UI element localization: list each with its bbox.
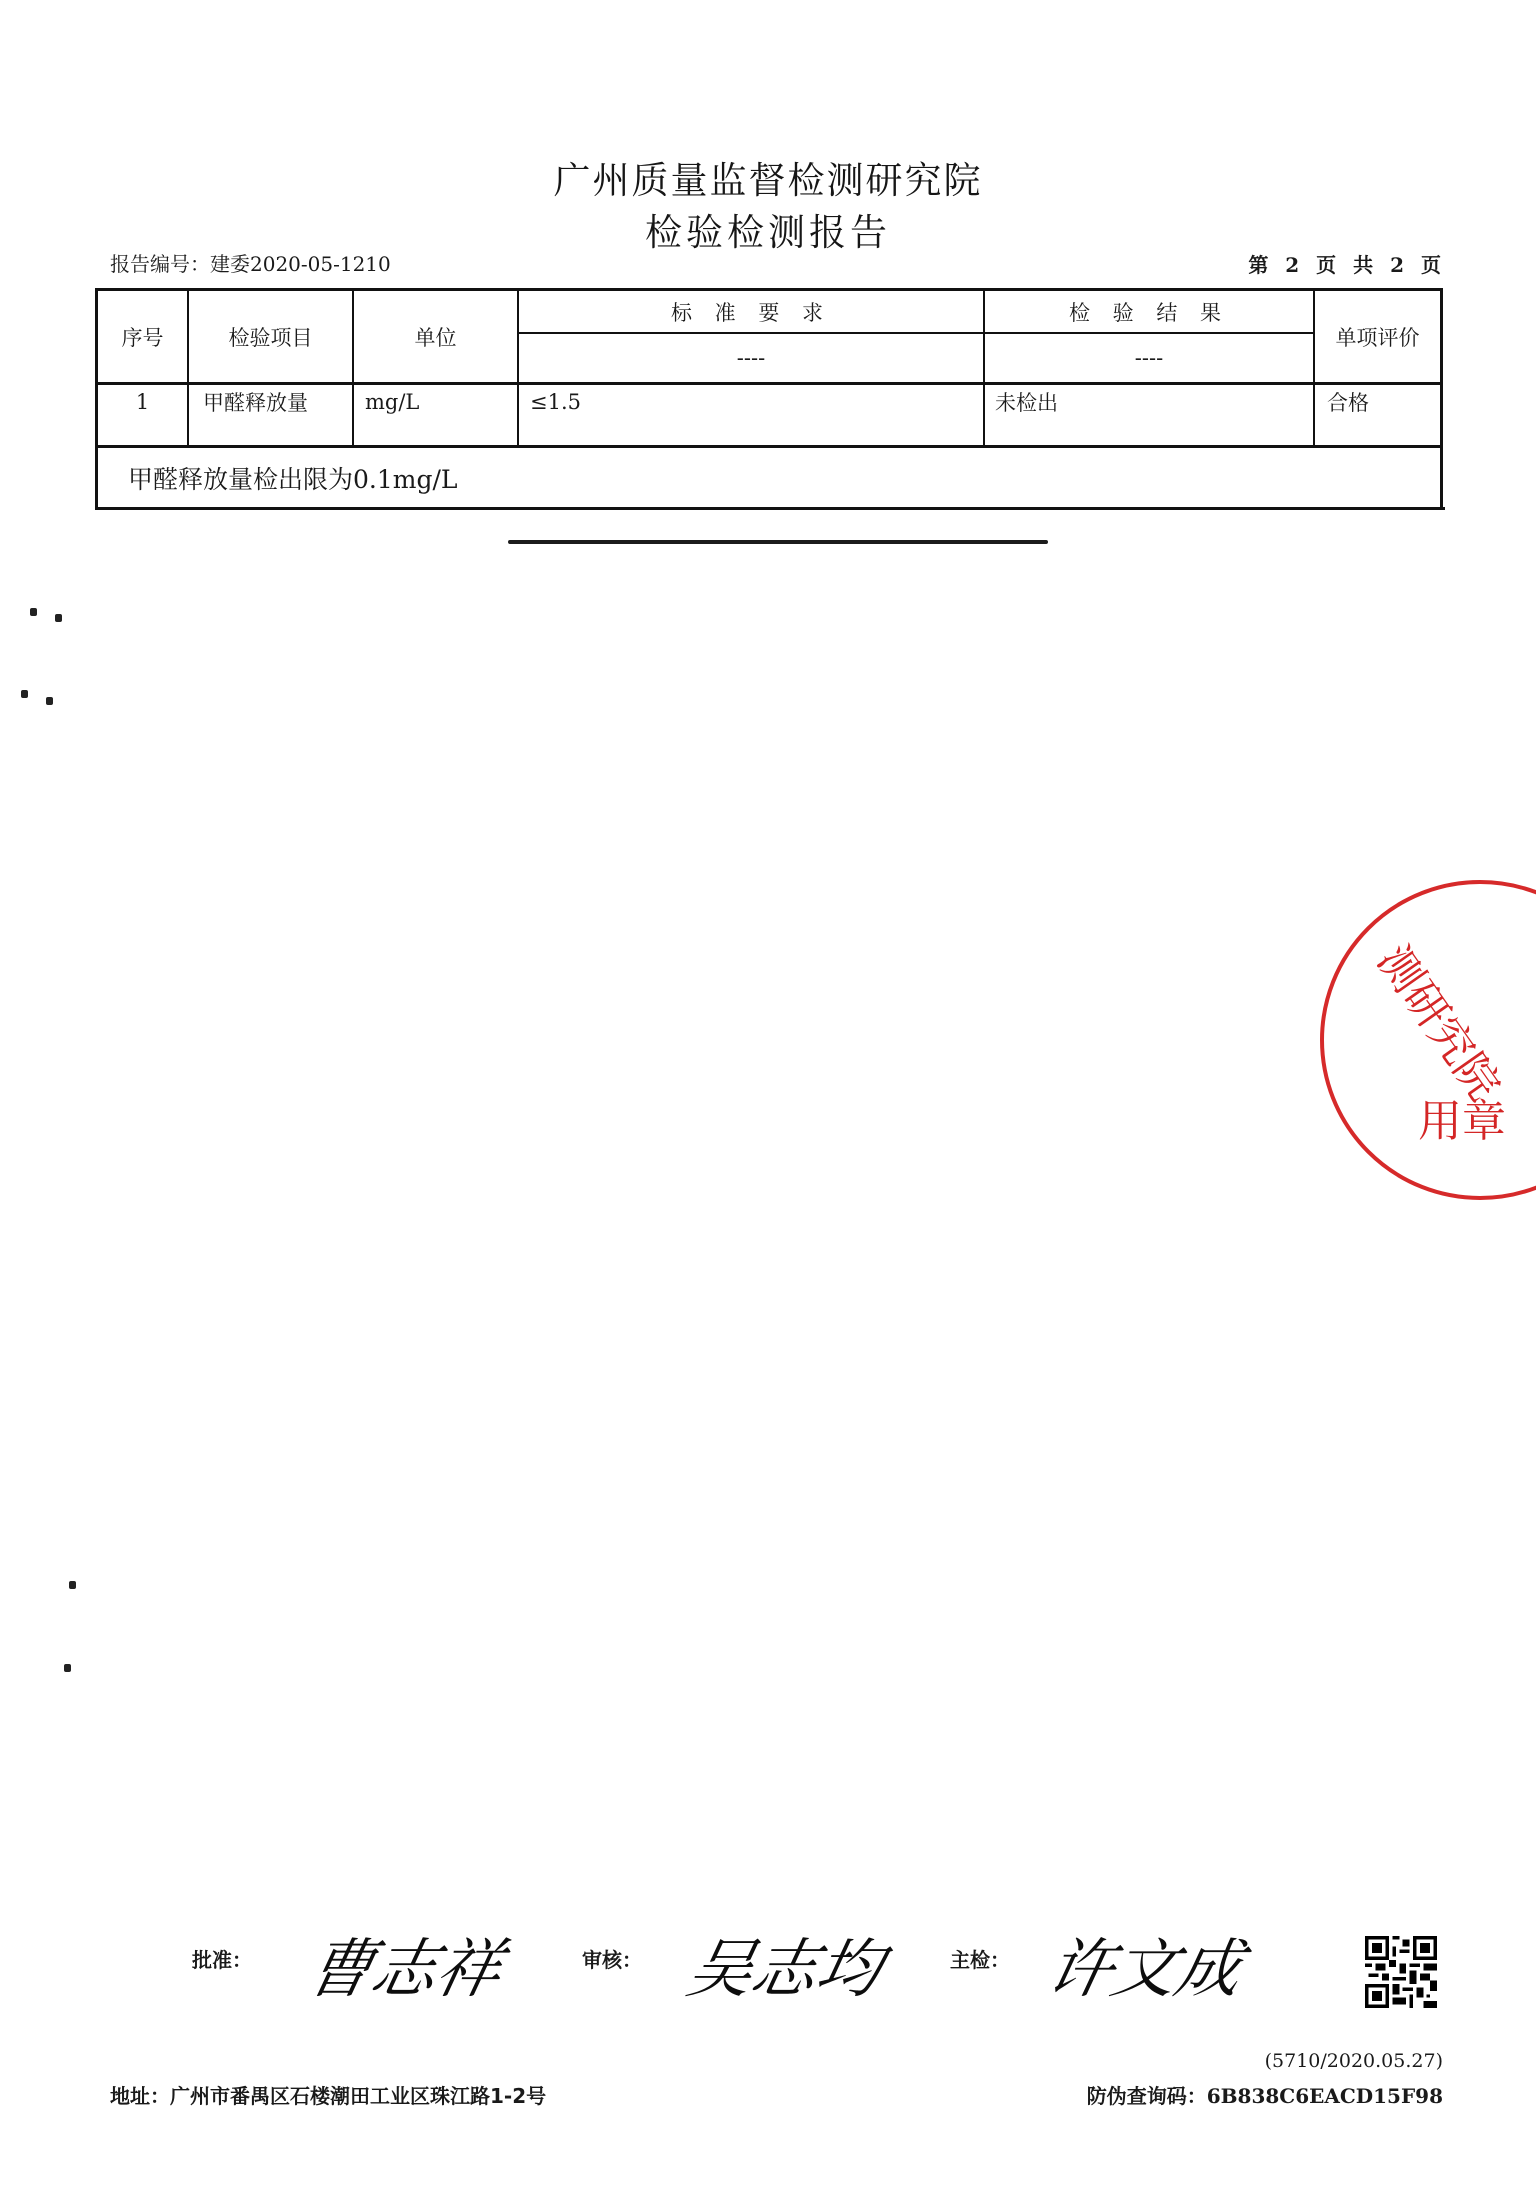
approver-label: 批准： <box>192 1944 252 1973</box>
cell-index: 1 <box>98 385 187 419</box>
cell-standard: ≤1.5 <box>530 385 980 419</box>
col-header-standard: 标 准 要 求 <box>519 291 983 332</box>
scan-speck <box>69 1581 76 1589</box>
inspector-signature: 许文成 <box>1040 1918 1252 2010</box>
results-table: 序号 检验项目 单位 标 准 要 求 ---- 检 验 结 果 ---- 单项评… <box>95 288 1443 510</box>
col-header-item: 检验项目 <box>189 291 352 382</box>
seal-text-bottom: 用章 <box>1418 1085 1506 1149</box>
col-header-evaluation: 单项评价 <box>1315 291 1440 382</box>
organization-name: 广州质量监督检测研究院 <box>0 150 1536 204</box>
anti-fake-value: 6B838C6EACD15F98 <box>1207 2084 1443 2108</box>
col-header-unit: 单位 <box>354 291 517 382</box>
cell-evaluation: 合格 <box>1327 385 1440 419</box>
qr-code-icon[interactable] <box>1365 1936 1437 2008</box>
col-header-result: 检 验 结 果 <box>985 291 1313 332</box>
report-number-value: 建委2020-05-1210 <box>210 252 391 276</box>
col-header-index: 序号 <box>98 291 187 382</box>
serial-date: (5710/2020.05.27) <box>1265 2050 1443 2072</box>
approver-signature: 曹志祥 <box>300 1918 512 2010</box>
inspector-label: 主检： <box>950 1944 1010 1973</box>
anti-fake-code: 防伪查询码：6B838C6EACD15F98 <box>1087 2080 1443 2109</box>
scan-speck <box>30 608 37 616</box>
end-of-content-line <box>508 540 1048 544</box>
cell-result: 未检出 <box>995 385 1313 419</box>
scan-speck <box>46 697 53 705</box>
page-info: 第 2 页 共 2 页 <box>1248 249 1441 278</box>
address: 地址：广州市番禺区石楼潮田工业区珠江路1-2号 <box>110 2080 546 2109</box>
reviewer-label: 审核： <box>582 1944 642 1973</box>
col-header-standard-sub: ---- <box>519 334 983 382</box>
scan-speck <box>21 690 28 698</box>
detection-limit-note: 甲醛释放量检出限为0.1mg/L <box>128 448 1428 507</box>
reviewer-signature: 吴志均 <box>680 1918 892 2010</box>
scan-speck <box>55 614 62 622</box>
scan-speck <box>64 1664 71 1672</box>
col-header-result-sub: ---- <box>985 334 1313 382</box>
anti-fake-label: 防伪查询码： <box>1087 2084 1207 2108</box>
report-number: 报告编号：建委2020-05-1210 <box>110 248 391 277</box>
cell-item: 甲醛释放量 <box>203 385 352 419</box>
report-number-label: 报告编号： <box>110 252 210 276</box>
cell-unit: mg/L <box>365 385 515 419</box>
